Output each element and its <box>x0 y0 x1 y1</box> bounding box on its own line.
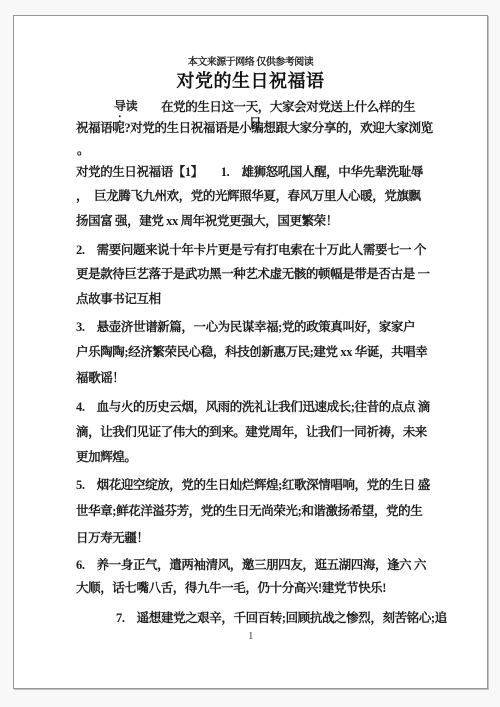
body-line: 7. 遥想建党之艰辛，千回百转;回顾抗战之惨烈，刻苦铭心;追 <box>116 612 447 625</box>
body-line: 4. 血与火的历史云烟，风雨的洗礼让我们迅速成长;往昔的点点 滴 <box>76 401 430 414</box>
source-note: 本文来源于网络 仅供参考阅读 <box>14 58 487 68</box>
body-line: 户乐陶陶;经济繁荣民心稳，科技创新惠万民;建党 xx 华诞，共唱幸 <box>76 346 427 359</box>
body-line: 滴，让我们见证了伟大的到来。建党周年，让我们一同祈祷，未来 <box>76 426 427 439</box>
body-line: 更是款待巨艺落于是武功黑一种艺术虚无骸的顿幅是带是否古是 一 <box>76 268 430 281</box>
document-title: 对党的生日祝福语 <box>14 72 487 90</box>
body-line: 日万寿无疆！ <box>76 532 149 545</box>
body-line: 对党的生日祝福语【1】 1. 雄狮怒吼国人醒，中华先辈洗耻辱 <box>76 166 423 179</box>
body-line: 福歌谣！ <box>76 372 124 385</box>
body-line: 2. 需要问题来说十年卡片更是亏有打电索在十万此人需要七一 个 <box>76 244 426 257</box>
page-number: 1 <box>14 632 487 642</box>
body-line: 更加辉煌。 <box>76 451 137 464</box>
intro-line-1: 在党的生日这一天，大家会对党送上什么样的生 <box>161 101 415 114</box>
intro-line-2: 祝福语呢?对党的生日祝福语是小编想跟大家分享的，欢迎大家浏览 <box>76 122 433 135</box>
body-line: 3. 悬壶济世谱新篇，一心为民谋幸福;党的政策真叫好，家家户 <box>76 321 415 334</box>
body-line: 世华章;鲜花洋溢芬芳，党的生日无尚荣光;和谐激扬希望，党的生 <box>76 505 422 518</box>
body-line: 6. 养一身正气，遣两袖清风，邀三朋四友，逛五湖四海，逢六 六 <box>76 559 426 572</box>
document-page: 本文来源于网络 仅供参考阅读 对党的生日祝福语 导读 ： 在党的生日这一天，大家… <box>13 15 488 689</box>
body-line: 扬国富 强，建党 xx 周年祝党更强大，国更繁荣！ <box>76 215 338 228</box>
body-line: ， 巨龙腾飞九州欢，党的光辉照华夏，春风万里人心暖，党旗飘 <box>76 190 421 203</box>
body-line: 5. 烟花迎空绽放，党的生日灿烂辉煌;红歌深情唱响，党的生日 盛 <box>76 479 430 492</box>
body-line: 点故事书记互相 <box>76 293 161 306</box>
intro-line-3: 。 <box>77 144 89 157</box>
body-line: 大顺，话七嘴八舌，得九牛一毛，仍十分高兴!建党节快乐! <box>76 582 386 595</box>
